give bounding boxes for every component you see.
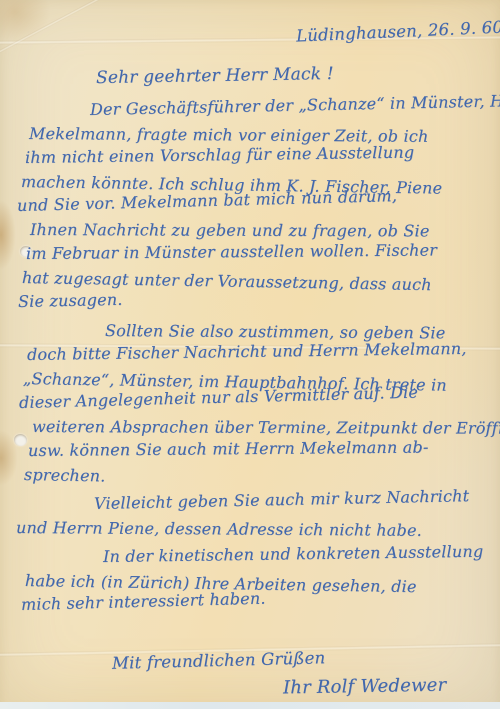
letter-paragraph: Sollten Sie also zustimmen, so geben Sie…: [16, 319, 494, 487]
letter-paragraph: Der Geschäftsführer der „Schanze“ in Mün…: [16, 98, 494, 314]
paper-stain-corner: [0, 0, 50, 42]
handwritten-line: doch bitte Fischer Nachricht und Herrn M…: [27, 336, 494, 367]
handwritten-line: usw. können Sie auch mit Herrn Mekelmann…: [28, 435, 494, 463]
handwritten-line: ihm nicht einen Vorschlag für eine Ausst…: [25, 139, 494, 170]
letter-signature: Ihr Rolf Wedewer: [283, 675, 447, 699]
letter-salutation: Sehr geehrter Herr Mack !: [96, 64, 334, 88]
handwritten-line: im Februar in Münster ausstellen wollen.…: [26, 238, 494, 266]
letter-body: Der Geschäftsführer der „Schanze“ in Mün…: [16, 98, 494, 622]
letter-paragraph: Vielleicht geben Sie auch mir kurz Nachr…: [16, 492, 494, 540]
letter-page: Lüdinghausen, 26. 9. 60 Sehr geehrter He…: [0, 0, 500, 709]
paper-stain-upper: [0, 200, 16, 270]
letter-dateline: Lüdinghausen, 26. 9. 60: [296, 17, 500, 45]
handwritten-line: Der Geschäftsführer der „Schanze“ in Mün…: [90, 90, 494, 122]
scan-background-strip: [0, 702, 500, 709]
letter-closing: Mit freundlichen Grüßen: [112, 648, 326, 673]
letter-paragraph: In der kinetischen und konkreten Ausstel…: [16, 545, 494, 617]
handwritten-line: und Herrn Piene, dessen Adresse ich nich…: [16, 516, 494, 543]
fold-crease-corner: [0, 0, 112, 64]
handwritten-line: In der kinetischen und konkreten Ausstel…: [103, 540, 494, 569]
